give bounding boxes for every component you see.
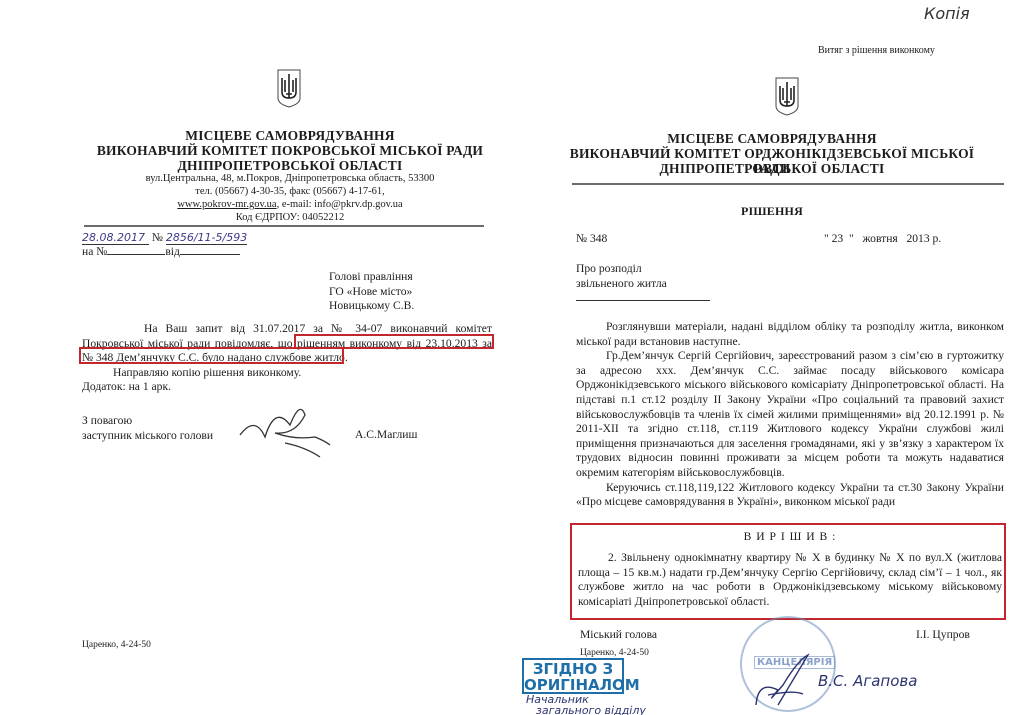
recipient-line1: Голові правління [329,270,414,285]
closing-block: З повагою заступник міського голови [82,413,213,443]
decision-subject: Про розподіл звільненого житла [576,262,667,291]
preamble-para2: Гр.Дем’янчук Сергій Сергійович, зареєстр… [576,349,1004,480]
highlight-box-2 [79,347,344,364]
outgoing-date: 28.08.2017 [82,231,149,245]
number-label: № [152,231,163,244]
decision-date: " 23 " жовтня 2013 р. [824,232,941,245]
mayor-name: І.І. Цупров [916,628,970,641]
certified-copy-stamp: ЗГІДНО З ОРИГІНАЛОМ [522,658,624,694]
org-name-line2: ВИКОНАВЧИЙ КОМІТЕТ ПОКРОВСЬКОЇ МІСЬКОЇ Р… [60,143,520,158]
subject-line1: Про розподіл [576,262,667,277]
handwritten-position: Начальник загального відділу [526,694,646,715]
org-web-email: www.pokrov-mr.gov.ua, e-mail: info@pkrv.… [60,198,520,211]
recipient-line3: Новицькому С.В. [329,299,414,314]
stamp-line2: ОРИГІНАЛОМ [524,677,622,693]
reply-to-line: на №від [82,245,240,258]
outgoing-number: 2856/11-5/593 [166,231,247,245]
closing-regards: З повагою [82,413,213,428]
org-name-line3: ДНІПРОПЕТРОВСЬКОЇ ОБЛАСТІ [552,161,992,176]
org-phone-fax: тел. (05667) 4-30-35, факс (05667) 4-17-… [60,185,520,198]
subject-underline [576,300,710,301]
signature-agapova [748,650,818,712]
org-edrpou: Код ЄДРПОУ: 04052212 [60,211,520,224]
document-type: РІШЕННЯ [552,204,992,219]
decision-preamble: Розглянувши матеріали, надані відділом о… [576,320,1004,510]
header-divider [84,225,484,227]
org-name-line1: МІСЦЕВЕ САМОВРЯДУВАННЯ [552,131,992,146]
website-link[interactable]: www.pokrov-mr.gov.ua [177,199,276,210]
attachment-note: Додаток: на 1 арк. [82,380,492,395]
signatory-name: А.С.Маглиш [355,428,417,441]
reply-from-label: від [165,245,180,258]
handwritten-position-line2: загального відділу [526,705,646,715]
outgoing-number-line: 28.08.2017 № 2856/11-5/593 [82,231,247,244]
executor-contact: Царенко, 4-24-50 [82,640,151,650]
pokrov-response-letter: МІСЦЕВЕ САМОВРЯДУВАННЯ ВИКОНАВЧИЙ КОМІТЕ… [0,0,512,715]
handwritten-signer-name: В.С. Агапова [818,672,917,690]
preamble-para1: Розглянувши матеріали, надані відділом о… [576,320,1004,349]
resolution-item-2: 2. Звільнену однокімнатну квартиру № Х в… [578,551,1002,609]
para2: Направляю копію рішення виконкому. [82,366,492,381]
executor-contact: Царенко, 4-24-50 [580,648,649,658]
preamble-para3: Керуючись ст.118,119,122 Житлового кодек… [576,481,1004,510]
mayor-label: Міський голова [580,628,657,641]
period: . [345,351,348,364]
org-address: вул.Центральна, 48, м.Покров, Дніпропетр… [60,172,520,185]
extract-label: Витяг з рішення виконкому [818,44,935,57]
ukraine-coat-of-arms-icon [276,68,302,108]
decision-extract: Копія Витяг з рішення виконкому МІСЦЕВЕ … [512,0,1024,715]
signer-position: заступник міського голови [82,428,213,443]
handwritten-copy-note: Копія [924,4,970,23]
ukraine-coat-of-arms-icon [774,76,800,116]
org-name-line1: МІСЦЕВЕ САМОВРЯДУВАННЯ [60,128,520,143]
decision-number: № 348 [576,232,607,245]
recipient-line2: ГО «Нове місто» [329,285,414,300]
resolved-heading: В И Р І Ш И В : [576,530,1004,543]
header-divider [572,183,1004,185]
recipient-block: Голові правління ГО «Нове місто» Новицьк… [329,270,414,314]
reply-to-label: на № [82,245,107,258]
email-text: , e-mail: info@pkrv.dp.gov.ua [277,199,403,210]
stamp-line1: ЗГІДНО З [524,661,622,677]
signature-maglysh [235,395,335,460]
org-name-line3: ДНІПРОПЕТРОВСЬКОЇ ОБЛАСТІ [60,158,520,173]
subject-line2: звільненого житла [576,277,667,292]
